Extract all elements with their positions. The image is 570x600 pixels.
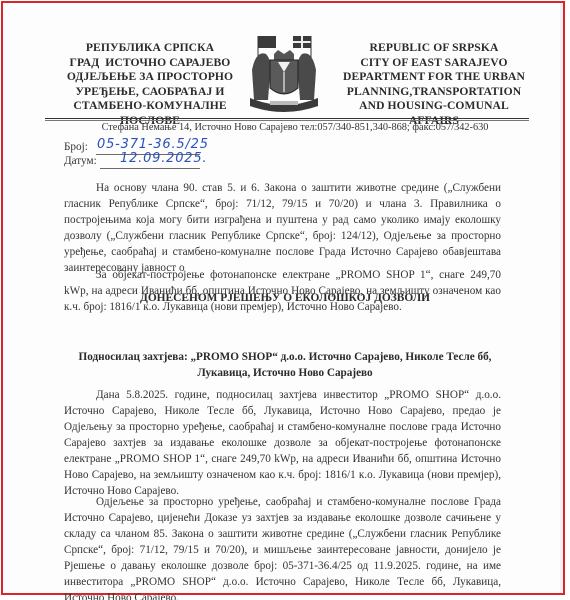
intro-paragraph: На основу члана 90. став 5. и 6. Закона … [64, 180, 501, 276]
contact-address: Стефана Немање 14, Источно Ново Сарајево… [60, 122, 530, 133]
reference-date: Датум: 12.09.2025. [64, 155, 97, 167]
date-handwritten: 12.09.2025. [120, 151, 207, 166]
coat-of-arms-icon [238, 30, 330, 114]
header-left-cyrillic: РЕПУБЛИКА СРПСКА ГРАД ИСТОЧНО САРАЈЕВО О… [60, 41, 240, 129]
object-text: За објекат-постројење фотонапонске елект… [64, 269, 501, 313]
header-right-line: PLANNING,TRANSPORTATION [340, 85, 528, 100]
intro-text: На основу члана 90. став 5. и 6. Закона … [64, 182, 501, 274]
object-paragraph: За објекат-постројење фотонапонске елект… [64, 267, 501, 315]
header-left-line: ОДЈЕЉЕЊЕ ЗА ПРОСТОРНО [60, 70, 240, 85]
page-edge-shadow [560, 3, 563, 593]
header-right-line: DEPARTMENT FOR THE URBAN [340, 70, 528, 85]
applicant-heading: Подносилац захтјева: „PROMO SHOP“ д.о.о.… [60, 349, 510, 381]
header-right-english: REPUBLIC OF SRPSKA CITY OF EAST SARAJEVO… [340, 41, 528, 129]
request-paragraph: Дана 5.8.2025. године, подносилац захтје… [64, 387, 501, 499]
header-left-line: УРЕЂЕЊЕ, САОБРАЋАЈ И [60, 85, 240, 100]
header-left-line: СТАМБЕНО-КОМУНАЛНЕ [60, 99, 240, 114]
request-text: Дана 5.8.2025. године, подносилац захтје… [64, 389, 501, 497]
header-left-line: ГРАД ИСТОЧНО САРАЈЕВО [60, 56, 240, 71]
decision-text: Одјељење за просторно уређење, саобраћај… [64, 496, 501, 600]
reference-number: Број: 05-371-36.5/25 [64, 141, 88, 153]
number-handwritten: 05-371-36.5/25 [97, 137, 209, 152]
header-left-line: РЕПУБЛИКА СРПСКА [60, 41, 240, 56]
number-label: Број: [64, 141, 88, 153]
decision-paragraph: Одјељење за просторно уређење, саобраћај… [64, 494, 501, 600]
date-label: Датум: [64, 155, 97, 167]
header-right-line: REPUBLIC OF SRPSKA [340, 41, 528, 56]
header-divider-secondary [45, 120, 529, 121]
header-right-line: CITY OF EAST SARAJEVO [340, 56, 528, 71]
header-right-line: AND HOUSING-COMUNAL [340, 99, 528, 114]
date-underline [100, 168, 200, 169]
header-divider [45, 118, 529, 119]
